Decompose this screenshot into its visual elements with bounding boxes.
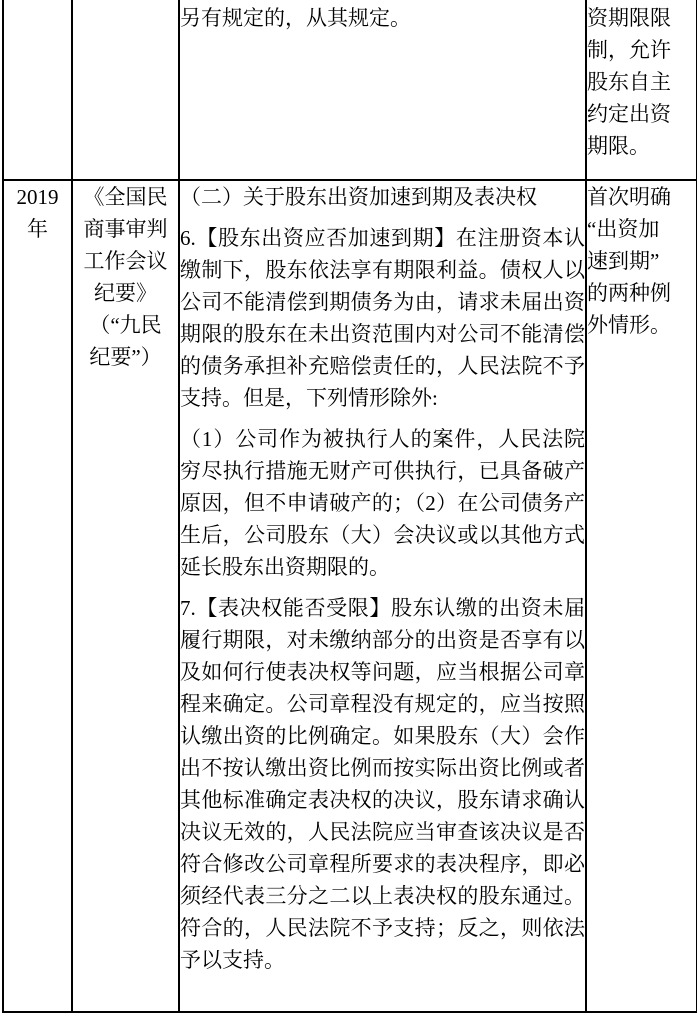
note-cell: 资期限限 制，允许 股东自主 约定出资 期限。 — [586, 0, 697, 180]
document-cell: 《全国民 商事审判 工作会议 纪要》 （“九民 纪要”） — [72, 180, 179, 1012]
year-line: 年 — [4, 213, 71, 245]
content-paragraph-heading: （二）关于股东出资加速到期及表决权 — [180, 181, 585, 213]
table-row-2019-entry: 2019 年 《全国民 商事审判 工作会议 纪要》 （“九民 纪要”） （二）关… — [3, 180, 697, 1012]
document-title-line: 《全国民 — [73, 181, 178, 213]
note-line: 资期限限 — [587, 2, 696, 34]
year-line: 2019 — [4, 181, 71, 213]
note-line: 速到期” — [587, 245, 696, 277]
table-row-continuation: 另有规定的，从其规定。 资期限限 制，允许 股东自主 约定出资 期限。 — [3, 0, 697, 180]
document-cell — [72, 0, 179, 180]
content-cell: 另有规定的，从其规定。 — [179, 0, 586, 180]
note-line: 约定出资 — [587, 98, 696, 130]
document-title-line: 工作会议 — [73, 245, 178, 277]
regulations-table: 另有规定的，从其规定。 资期限限 制，允许 股东自主 约定出资 期限。 2019… — [2, 0, 697, 1013]
content-paragraph: 7.【表决权能否受限】股东认缴的出资未届履行期限，对未缴纳部分的出资是否享有以及… — [180, 592, 585, 976]
note-cell: 首次明确 “出资加 速到期” 的两种例 外情形。 — [586, 180, 697, 1012]
content-paragraph: 另有规定的，从其规定。 — [180, 2, 585, 34]
note-line: 的两种例 — [587, 277, 696, 309]
year-cell — [3, 0, 72, 180]
document-title-line: （“九民 — [73, 309, 178, 341]
content-paragraph: （1）公司作为被执行人的案件，人民法院穷尽执行措施无财产可供执行，已具备破产原因… — [180, 423, 585, 583]
note-line: 股东自主 — [587, 66, 696, 98]
note-line: 期限。 — [587, 130, 696, 162]
year-cell: 2019 年 — [3, 180, 72, 1012]
note-line: 外情形。 — [587, 309, 696, 341]
content-cell: （二）关于股东出资加速到期及表决权 6.【股东出资应否加速到期】在注册资本认缴制… — [179, 180, 586, 1012]
note-line: 制，允许 — [587, 34, 696, 66]
document-page: 另有规定的，从其规定。 资期限限 制，允许 股东自主 约定出资 期限。 2019… — [0, 0, 697, 1018]
note-line: “出资加 — [587, 213, 696, 245]
document-title-line: 商事审判 — [73, 213, 178, 245]
content-paragraph: 6.【股东出资应否加速到期】在注册资本认缴制下，股东依法享有期限利益。债权人以公… — [180, 222, 585, 414]
note-line: 首次明确 — [587, 181, 696, 213]
document-title-line: 纪要”） — [73, 341, 178, 373]
document-title-line: 纪要》 — [73, 277, 178, 309]
